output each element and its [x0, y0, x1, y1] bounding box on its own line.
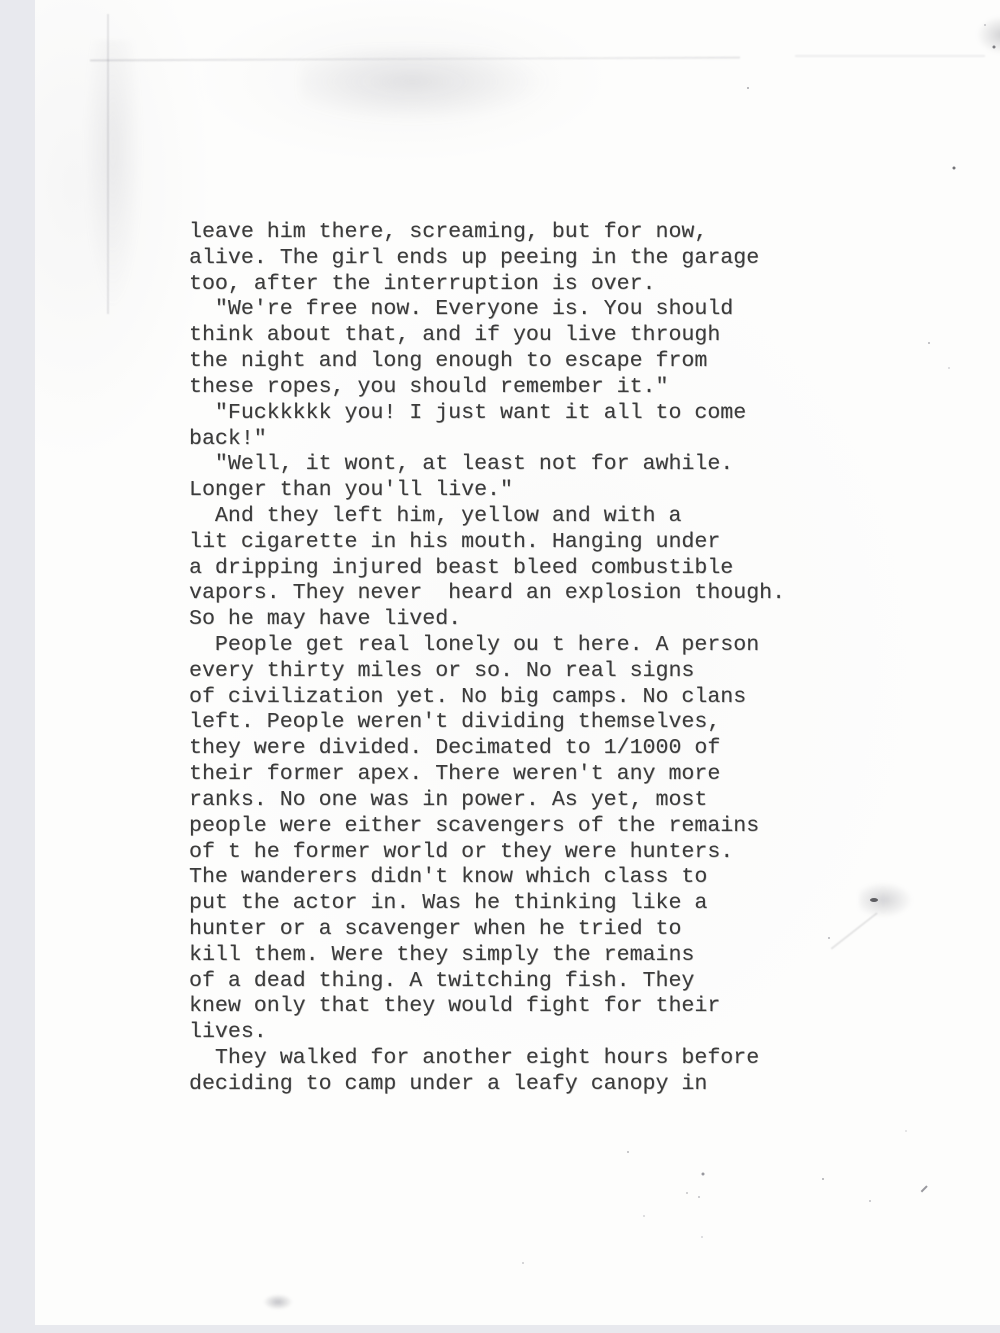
scan-scratch-line-right	[795, 55, 985, 57]
scan-scratch-line	[90, 57, 740, 62]
scan-tick-mark	[921, 1185, 928, 1192]
scan-smudge-right	[859, 882, 913, 918]
scan-crease-line	[107, 14, 109, 314]
scanned-page: leave him there, screaming, but for now,…	[35, 0, 1000, 1325]
scan-specks	[35, 0, 37, 2]
typewritten-text: leave him there, screaming, but for now,…	[189, 220, 785, 1098]
scan-scratch-diagonal	[831, 912, 878, 949]
viewer-backdrop: leave him there, screaming, but for now,…	[0, 0, 1000, 1333]
scan-smudge-bottom	[263, 1294, 293, 1310]
scan-smudge-right-dot	[870, 898, 878, 902]
scan-crease-smudge	[83, 40, 143, 310]
scan-smudge-top-right	[977, 16, 1000, 54]
scan-smudge-top	[300, 48, 550, 123]
